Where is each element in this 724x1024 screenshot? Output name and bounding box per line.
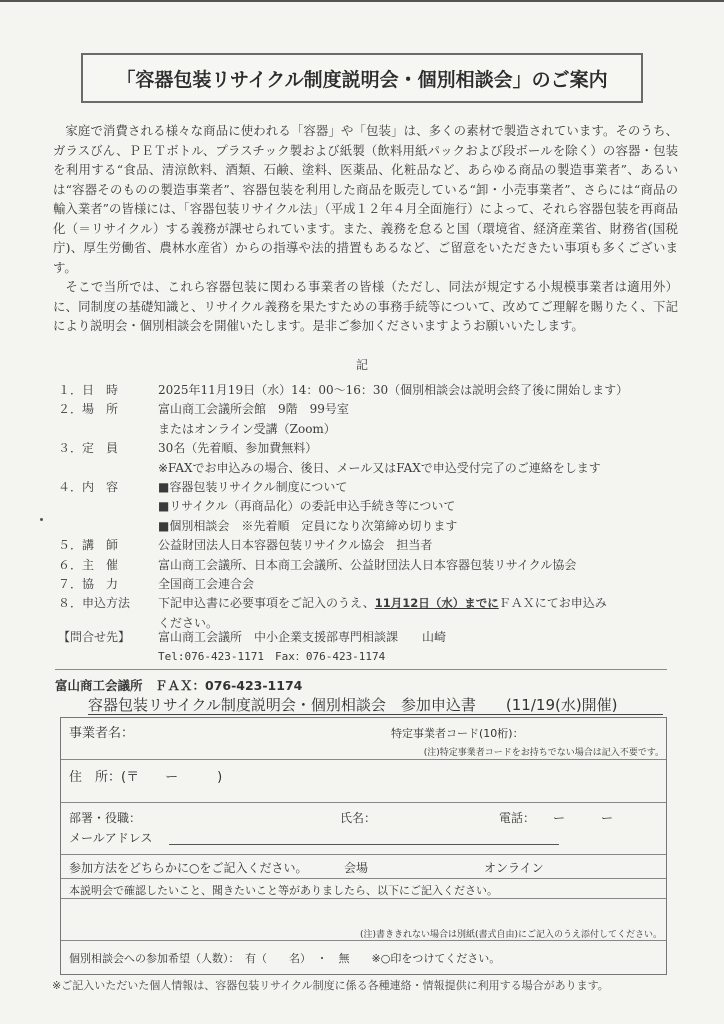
item-lecturer: ５．講 師 公益財団法人日本容器包装リサイクル協会 担当者: [58, 536, 688, 555]
row-business: 事業者名： 特定事業者コード(10桁)： (注)特定事業者コードをお持ちでない場…: [61, 718, 666, 760]
ki-heading: 記: [0, 356, 724, 373]
intro-paragraph-2: そこで当所では、これら容器包装に関わる事業者の皆様（ただし、同法が規定する小規模…: [53, 277, 678, 336]
application-form: 事業者名： 特定事業者コード(10桁)： (注)特定事業者コードをお持ちでない場…: [60, 717, 667, 975]
row-questions-label: 本説明会で確認したいこと、聞きたいこと等がありましたら、以下にご記入ください。: [61, 879, 666, 899]
details-list: １．日 時 2025年11月19日（水）14：00～16：30（個別相談会は説明…: [58, 381, 688, 633]
row-method: 参加方法をどちらかに○をご記入ください。 会場 オンライン: [61, 855, 666, 879]
item-cooperation: ７．協 力 全国商工会連合会: [58, 575, 688, 594]
cut-divider: [55, 669, 667, 670]
scan-speck: [40, 518, 43, 521]
contact-info: 【問合せ先】 富山商工会議所 中小企業支援部専門相談課 山崎 Tel:076-4…: [58, 627, 688, 667]
consultation-field[interactable]: 個別相談会への参加希望（人数）： 有（ 名） ・ 無 ※○印をつけてください。: [69, 950, 500, 966]
item-venue: ２．場 所 富山商工会議所会館 9階 99号室 またはオンライン受講（Zoom）: [58, 400, 688, 439]
form-title: 容器包装リサイクル制度説明会・個別相談会 参加申込書 (11/19(水)開催): [88, 696, 663, 715]
name-field[interactable]: 氏名：: [340, 809, 376, 826]
item-datetime: １．日 時 2025年11月19日（水）14：00～16：30（個別相談会は説明…: [58, 381, 688, 400]
department-field[interactable]: 部署・役職：: [69, 809, 141, 826]
phone-field[interactable]: 電話： ー ー: [499, 809, 613, 826]
page-top-edge: [0, 0, 724, 2]
questions-note: (注)書ききれない場合は別紙(書式自由)にご記入のうえ添付してください。: [360, 927, 662, 940]
row-questions-input[interactable]: (注)書ききれない場合は別紙(書式自由)にご記入のうえ添付してください。: [61, 899, 666, 941]
row-address: 住 所：(〒 ー ): [61, 760, 666, 803]
deadline: 11月12日（水）までに: [375, 596, 499, 610]
fax-header: 富山商工会議所 ＦＡＸ：076-423-1174: [55, 676, 302, 694]
row-contact: 部署・役職： 氏名： 電話： ー ー メールアドレス: [61, 803, 666, 855]
method-online-option[interactable]: オンライン: [484, 859, 544, 876]
business-code-field[interactable]: 特定事業者コード(10桁)：: [391, 725, 524, 741]
privacy-footnote: ※ご記入いただいた個人情報は、容器包装リサイクル制度に係る各種連絡・情報提供に利…: [52, 977, 692, 993]
email-field[interactable]: [169, 831, 559, 845]
item-organizer: ６．主 催 富山商工会議所、日本商工会議所、公益財団法人日本容器包装リサイクル協…: [58, 556, 688, 575]
business-name-field[interactable]: 事業者名：: [69, 722, 134, 741]
questions-label: 本説明会で確認したいこと、聞きたいこと等がありましたら、以下にご記入ください。: [69, 882, 498, 898]
contact-phone: Tel:076-423-1171 Fax：076-423-1174: [158, 647, 688, 667]
email-label: メールアドレス: [69, 829, 152, 846]
page-title: 「容器包装リサイクル制度説明会・個別相談会」のご案内: [116, 65, 607, 92]
address-field[interactable]: 住 所：(〒 ー ): [69, 766, 222, 785]
business-code-note: (注)特定事業者コードをお持ちでない場合は記入不要です。: [424, 745, 664, 758]
method-label: 参加方法をどちらかに○をご記入ください。: [69, 859, 307, 876]
intro-text: 家庭で消費される様々な商品に使われる「容器」や「包装」は、多くの素材で製造されて…: [53, 121, 678, 336]
item-capacity: ３．定 員 30名（先着順、参加費無料） ※FAXでお申込みの場合、後日、メール…: [58, 439, 688, 478]
intro-paragraph-1: 家庭で消費される様々な商品に使われる「容器」や「包装」は、多くの素材で製造されて…: [53, 121, 678, 277]
title-box: 「容器包装リサイクル制度説明会・個別相談会」のご案内: [81, 53, 643, 103]
item-content: ４．内 容 ■容器包装リサイクル制度について ■リサイクル（再商品化）の委託申込…: [58, 478, 688, 536]
row-consultation: 個別相談会への参加希望（人数）： 有（ 名） ・ 無 ※○印をつけてください。: [61, 941, 666, 974]
method-venue-option[interactable]: 会場: [344, 859, 368, 876]
